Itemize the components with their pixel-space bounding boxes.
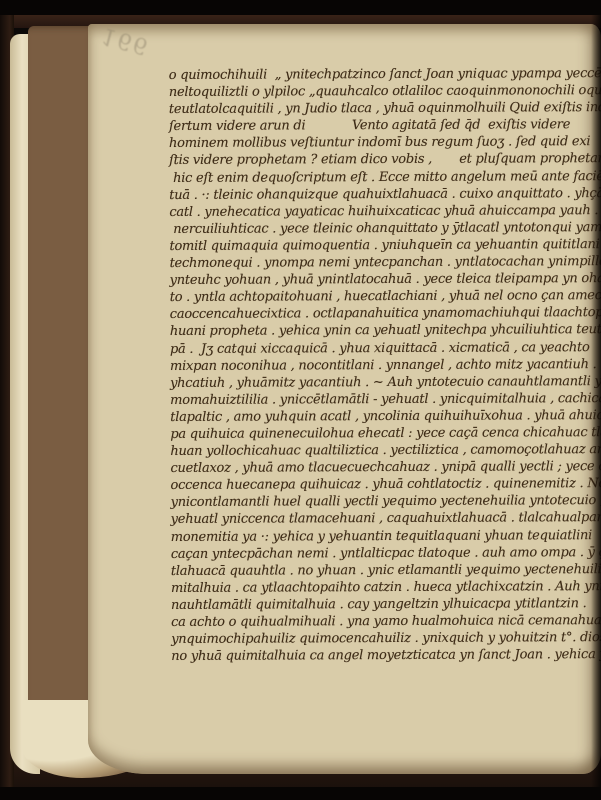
manuscript-text-line: hominem mollibus veſtiuntur indomī bus r…: [169, 133, 601, 152]
manuscript-text-line: yhcatiuh , yhuāmitz yacantiuh . ~ Auh yn…: [170, 373, 601, 392]
manuscript-text-line: tomitl quimaquia quimoquentia . yniuhque…: [169, 236, 601, 255]
manuscript-text-line: huani propheta . yehica ynin ca yehuatl …: [170, 321, 601, 340]
manuscript-text-line: occenca huecanepa quihuicaz . yhuā cohtl…: [170, 475, 601, 494]
folio-marking: 166: [100, 24, 153, 59]
manuscript-text-line: tuā . ·: tleinic ohanquizque quahuixtlah…: [169, 185, 601, 204]
manuscript-text-line: tlahuacā quauhtla . no yhuan . ynic etla…: [171, 561, 601, 580]
manuscript-text-line: mitalhuia . ca ytlaachtopaihto catzin . …: [171, 578, 601, 597]
manuscript-text-line: cuetlaxoz , yhuā amo tlacuecuechcahuaz .…: [170, 458, 601, 477]
manuscript-text-line: mixpan noconihua , nocontitlani . ynnang…: [170, 356, 601, 375]
photo-black-border-top: [0, 0, 601, 15]
manuscript-text-line: hic eſt enim dequoſcriptum eſt . Ecce mi…: [169, 168, 601, 187]
manuscript-text-line: catl . ynehecatica yayaticac huihuixcati…: [169, 202, 601, 221]
manuscript-text-line: ſertum videre arun di Vento agitatā ſed …: [169, 116, 601, 135]
manuscript-text-line: neltoquiliztli o ylpiloc „quauhcalco otl…: [169, 82, 601, 101]
manuscript-page: 166 o quimochihuili „ ynitechpatzinco ſa…: [88, 24, 601, 774]
manuscript-text-line: caçan yntecpāchan nemi . yntlalticpac tl…: [171, 544, 601, 563]
manuscript-text-line: tlapaltic , amo yuhquin acatl , yncolini…: [170, 407, 601, 426]
manuscript-text-line: o quimochihuili „ ynitechpatzinco ſanct …: [169, 65, 601, 84]
manuscript-text-line: monemitia ya ·: yehica y yehuantin tequi…: [171, 527, 601, 546]
manuscript-text-line: ca achto o quihualmihuali . yna yamo hua…: [171, 612, 601, 631]
manuscript-text-line: nauhtlamātli quimitalhuia . cay yangeltz…: [171, 595, 601, 614]
manuscript-text-line: teutlatolcaquitili , yn Judio tlaca , yh…: [169, 99, 601, 118]
manuscript-text-line: to . yntla achtopaitohuani , huecatlachi…: [170, 287, 601, 306]
manuscript-text-line: caoccencahuecixtica . octlapanahuitica y…: [170, 304, 601, 323]
manuscript-text-line: nercuiliuhticac . yece tleinic ohanquitt…: [169, 219, 601, 238]
manuscript-text-line: ſtis videre prophetam ? etiam dico vobis…: [169, 151, 601, 170]
manuscript-text-line: yehuatl yniccenca tlamacehuani , caquahu…: [171, 509, 601, 528]
manuscript-text-line: momahuiztililia . yniccētlamātli - yehua…: [170, 390, 601, 409]
manuscript-photo: 166 o quimochihuili „ ynitechpatzinco ſa…: [0, 0, 601, 800]
manuscript-text-line: ynquimochipahuiliz quimocencahuiliz . yn…: [171, 629, 601, 648]
photo-right-shadow: [591, 0, 601, 800]
manuscript-text-line: ynteuhc yohuan , yhuā ynintlatocahuā . y…: [170, 270, 601, 289]
manuscript-text-line: pa quihuica quinenecuilohua ehecatl : ye…: [170, 424, 601, 443]
manuscript-text-line: no yhuā quimitalhuia ca angel moyetztica…: [171, 646, 601, 665]
manuscript-text-block: o quimochihuili „ ynitechpatzinco ſanct …: [169, 65, 601, 665]
manuscript-text-line: ynicontlamantli huel qualli yectli yequi…: [171, 492, 601, 511]
manuscript-text-line: pā . Jʒ catqui xiccaquicā . yhua xiquitt…: [170, 339, 601, 358]
photo-black-border-bottom: [0, 787, 601, 800]
manuscript-text-line: techmonequi . ynompa nemi yntecpanchan .…: [170, 253, 601, 272]
manuscript-text-line: huan yollochicahuac qualtiliztica . yect…: [170, 441, 601, 460]
